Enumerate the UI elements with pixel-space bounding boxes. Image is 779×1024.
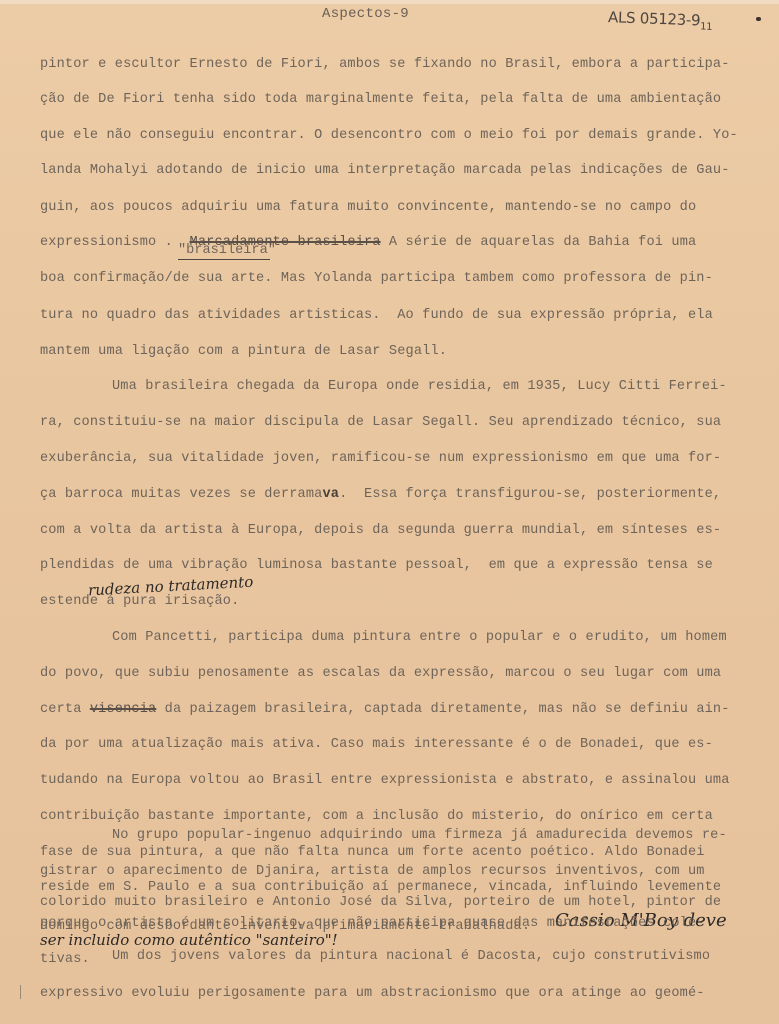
text-line: ção de De Fiori tenha sido toda marginal… <box>40 91 721 109</box>
text-line: do povo, que subiu penosamente as escala… <box>40 665 721 683</box>
text-line-with-overtype: ça barroca muitas vezes se derramava. Es… <box>40 486 721 504</box>
text-line: estende á pura irisação. <box>40 593 239 611</box>
archive-id-stamp: ALS 05123-911 <box>608 8 713 33</box>
page-header-title: Aspectos-9 <box>322 6 409 22</box>
overtyped-text: va <box>322 487 339 502</box>
text-segment: ça barroca muitas vezes se derrama <box>40 487 322 502</box>
paragraph-start-line: No grupo popular-ingenuo adquirindo uma … <box>112 827 727 845</box>
struck-out-text: visencia <box>90 702 156 717</box>
text-segment: A série de aquarelas da Bahia foi uma <box>381 235 697 250</box>
paragraph-start-line: Com Pancetti, participa duma pintura ent… <box>112 629 727 647</box>
text-line: gistrar o aparecimento de Djanira, artis… <box>40 863 705 881</box>
text-line: fase de sua pintura, a que não falta nun… <box>40 844 705 862</box>
text-line: plendidas de uma vibração luminosa basta… <box>40 557 713 575</box>
archive-id-text: ALS 05123-9 <box>608 8 701 29</box>
text-segment: . Essa força transfigurou-se, posteriorm… <box>339 487 721 502</box>
text-line-with-strikeout: expressionismo . Marcadamente brasileira… <box>40 234 696 252</box>
text-line: contribuição bastante importante, com a … <box>40 808 713 826</box>
ink-mark <box>756 17 761 21</box>
text-line: que ele não conseguiu encontrar. O desen… <box>40 127 738 145</box>
text-line-with-strikeout: certa visencia da paizagem brasileira, c… <box>40 701 730 719</box>
text-segment: certa <box>40 702 90 717</box>
archive-id-fraction: 11 <box>700 21 713 32</box>
text-segment: expressionismo . <box>40 235 190 250</box>
text-line: mantem uma ligação com a pintura de Lasa… <box>40 343 447 361</box>
text-line: tivas. <box>40 951 90 969</box>
text-line: pintor e escultor Ernesto de Fiori, ambo… <box>40 56 730 74</box>
struck-out-text: Marcadamente brasileira <box>190 235 381 250</box>
text-segment: da paizagem brasileira, captada diretame… <box>156 702 729 717</box>
text-line: colorido muito brasileiro e Antonio José… <box>40 894 721 912</box>
margin-mark <box>20 985 21 999</box>
insertion-underline <box>178 259 270 260</box>
text-line: da por uma atualização mais ativa. Caso … <box>40 736 713 754</box>
text-line: landa Mohalyi adotando de inicio uma int… <box>40 162 730 180</box>
text-line: tura no quadro das atividades artisticas… <box>40 307 713 325</box>
text-line: guin, aos poucos adquiriu uma fatura mui… <box>40 199 696 217</box>
paragraph-start-line: Uma brasileira chegada da Europa onde re… <box>112 378 727 396</box>
text-line: ra, constituiu-se na maior discipula de … <box>40 414 721 432</box>
text-line: exuberância, sua vitalidade joven, ramif… <box>40 450 721 468</box>
text-line: domingo com desbordante inventiva primar… <box>40 918 530 936</box>
text-line: com a volta da artista à Europa, depois … <box>40 522 721 540</box>
paragraph-start-line: Um dos jovens valores da pintura naciona… <box>112 948 710 966</box>
text-line: boa confirmação/de sua arte. Mas Yolanda… <box>40 270 713 288</box>
document-page: Aspectos-9 ALS 05123-911 "brasileira" ru… <box>0 0 779 1024</box>
text-line: expressivo evoluiu perigosamente para um… <box>40 985 705 1003</box>
text-line: tudando na Europa voltou ao Brasil entre… <box>40 772 730 790</box>
